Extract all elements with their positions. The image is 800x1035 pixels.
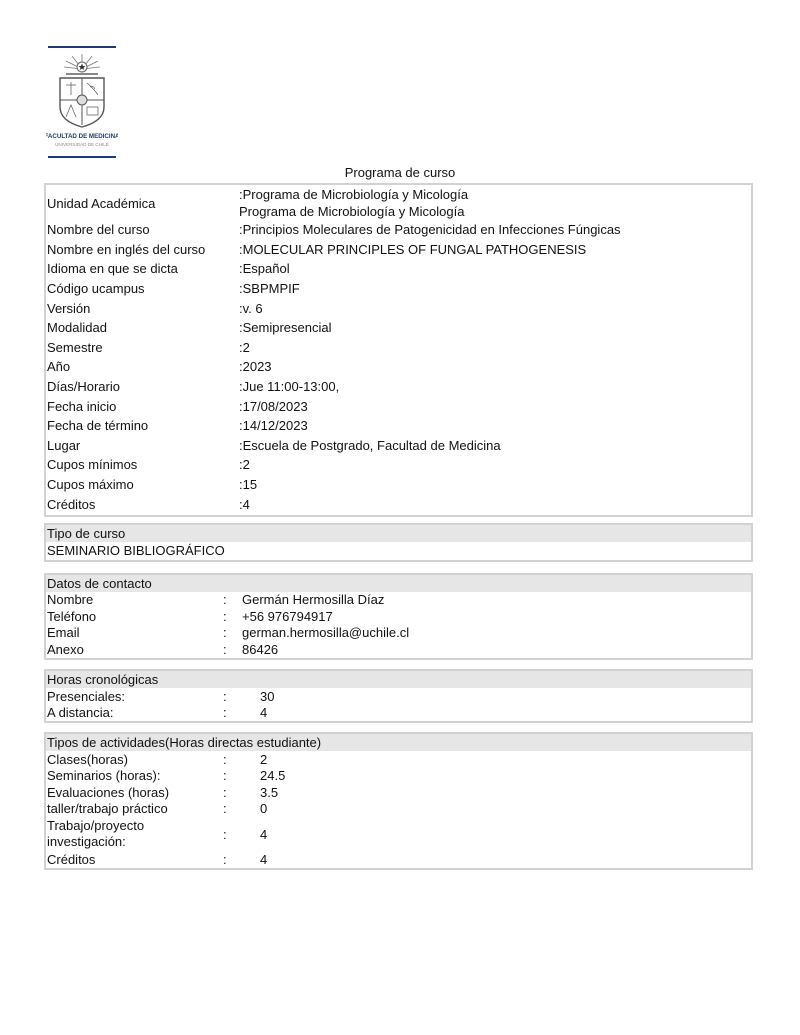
info-value: :17/08/2023 [239,399,751,414]
info-label: Unidad Académica [46,196,239,211]
contact-section: Datos de contacto Nombre:Germán Hermosil… [44,573,753,660]
contact-row-telefono: Teléfono:+56 976794917 [46,609,751,626]
activity-value: 3.5 [260,785,751,800]
contact-value: 86426 [242,642,751,659]
svg-text:FACULTAD DE MEDICINA: FACULTAD DE MEDICINA [46,133,118,140]
activities-section: Tipos de actividades(Horas directas estu… [44,732,753,870]
info-label: Versión [46,301,239,316]
activity-row-evaluaciones: Evaluaciones (horas):3.5 [46,784,751,801]
activity-value: 4 [260,852,751,867]
course-info-table: Unidad Académica :Programa de Microbiolo… [44,183,753,517]
info-row-dias-horario: Días/Horario:Jue 11:00-13:00, [46,377,751,397]
info-label: Cupos mínimos [46,457,239,472]
info-row-fecha-termino: Fecha de término:14/12/2023 [46,416,751,436]
contact-label: Nombre [46,592,223,609]
hours-section: Horas cronológicas Presenciales::30 A di… [44,669,753,723]
course-type-value: SEMINARIO BIBLIOGRÁFICO [46,542,751,560]
contact-row-email: Email:german.hermosilla@uchile.cl [46,625,751,642]
contact-value: Germán Hermosilla Díaz [242,592,751,609]
separator: : [223,801,260,816]
info-row-idioma: Idioma en que se dicta:Español [46,259,751,279]
info-row-version: Versión:v. 6 [46,298,751,318]
info-label: Semestre [46,340,239,355]
info-value: :v. 6 [239,301,751,316]
info-label: Código ucampus [46,281,239,296]
hours-value: 30 [260,689,751,704]
separator: : [223,642,242,659]
activity-label: Trabajo/proyecto investigación: [46,818,177,850]
separator: : [223,592,242,609]
info-label: Créditos [46,497,239,512]
faculty-logo: FACULTAD DE MEDICINA UNIVERSIDAD DE CHIL… [46,45,118,161]
info-row-ano: Año:2023 [46,357,751,377]
contact-label: Anexo [46,642,223,659]
separator: : [223,705,260,720]
info-value: :Principios Moleculares de Patogenicidad… [239,222,751,237]
hours-label: Presenciales: [46,689,223,704]
separator: : [223,768,260,783]
info-row-fecha-inicio: Fecha inicio:17/08/2023 [46,396,751,416]
hours-row-distancia: A distancia::4 [46,705,751,722]
separator: : [223,625,242,642]
svg-text:UNIVERSIDAD DE CHILE: UNIVERSIDAD DE CHILE [55,142,109,147]
info-row-lugar: Lugar:Escuela de Postgrado, Facultad de … [46,436,751,456]
contact-row-nombre: Nombre:Germán Hermosilla Díaz [46,592,751,609]
contact-value: +56 976794917 [242,609,751,626]
document-title: Programa de curso [0,165,800,180]
info-row-nombre-ingles: Nombre en inglés del curso:MOLECULAR PRI… [46,240,751,260]
info-label: Idioma en que se dicta [46,261,239,276]
info-label: Fecha inicio [46,399,239,414]
info-value: :2 [239,340,751,355]
info-row-cupos-minimos: Cupos mínimos:2 [46,455,751,475]
info-label: Días/Horario [46,379,239,394]
activity-row-creditos: Créditos:4 [46,851,751,868]
info-value: :Programa de Microbiología y Micología [239,186,751,203]
info-label: Nombre en inglés del curso [46,242,239,257]
activity-label: Evaluaciones (horas) [46,785,223,800]
info-value: :SBPMPIF [239,281,751,296]
info-value: :Jue 11:00-13:00, [239,379,751,394]
separator: : [223,609,242,626]
info-value: :Escuela de Postgrado, Facultad de Medic… [239,438,751,453]
activity-value: 2 [260,752,751,767]
activity-value: 0 [260,801,751,816]
activity-label: Clases(horas) [46,752,223,767]
info-label: Fecha de término [46,418,239,433]
activity-value: 24.5 [260,768,751,783]
separator: : [223,689,260,704]
activity-label: taller/trabajo práctico [46,801,223,816]
info-label: Modalidad [46,320,239,335]
info-row-nombre-curso: Nombre del curso:Principios Moleculares … [46,220,751,240]
university-crest-icon: FACULTAD DE MEDICINA UNIVERSIDAD DE CHIL… [46,45,118,161]
info-value: :4 [239,497,751,512]
info-row-cupos-maximo: Cupos máximo:15 [46,475,751,495]
activity-row-seminarios: Seminarios (horas)::24.5 [46,768,751,785]
info-value: :Semipresencial [239,320,751,335]
activity-row-trabajo-proyecto: Trabajo/proyecto investigación::4 [46,817,751,851]
activity-label: Créditos [46,852,223,867]
info-value: :15 [239,477,751,492]
hours-value: 4 [260,705,751,720]
hours-label: A distancia: [46,705,223,720]
info-value: :Español [239,261,751,276]
course-type-section: Tipo de curso SEMINARIO BIBLIOGRÁFICO [44,523,753,562]
contact-label: Teléfono [46,609,223,626]
section-header: Tipo de curso [46,525,751,542]
contact-label: Email [46,625,223,642]
separator: : [223,752,260,767]
separator: : [223,827,260,842]
section-header: Tipos de actividades(Horas directas estu… [46,734,751,751]
hours-row-presenciales: Presenciales::30 [46,688,751,705]
section-header: Horas cronológicas [46,671,751,688]
info-value: :2023 [239,359,751,374]
contact-email-link[interactable]: german.hermosilla@uchile.cl [242,625,751,642]
info-label: Nombre del curso [46,222,239,237]
info-label: Lugar [46,438,239,453]
info-value: :2 [239,457,751,472]
info-label: Año [46,359,239,374]
activity-value: 4 [260,827,751,842]
separator: : [223,785,260,800]
separator: : [223,852,260,867]
info-label: Cupos máximo [46,477,239,492]
contact-row-anexo: Anexo:86426 [46,642,751,659]
info-row-semestre: Semestre:2 [46,338,751,358]
activity-row-clases: Clases(horas):2 [46,751,751,768]
activity-row-taller: taller/trabajo práctico:0 [46,801,751,818]
info-row-unidad-academica: Unidad Académica :Programa de Microbiolo… [46,186,751,220]
info-value: :MOLECULAR PRINCIPLES OF FUNGAL PATHOGEN… [239,242,751,257]
info-row-codigo: Código ucampus:SBPMPIF [46,279,751,299]
section-header: Datos de contacto [46,575,751,592]
activity-label: Seminarios (horas): [46,768,223,783]
info-row-modalidad: Modalidad:Semipresencial [46,318,751,338]
info-value-line2: Programa de Microbiología y Micología [239,203,751,220]
info-row-creditos: Créditos:4 [46,494,751,514]
info-value: :14/12/2023 [239,418,751,433]
